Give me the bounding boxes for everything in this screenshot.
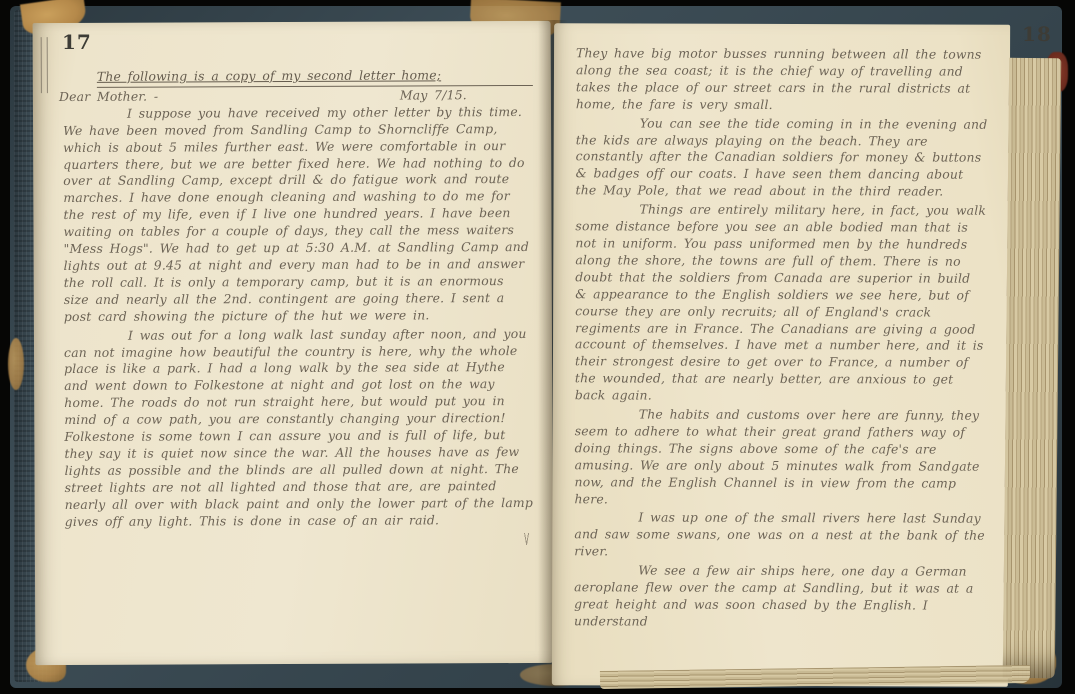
handwritten-paragraph: I suppose you have received my other let…: [63, 104, 534, 326]
letter-heading: The following is a copy of my second let…: [97, 67, 533, 88]
handwritten-paragraph: I was up one of the small rivers here la…: [574, 510, 986, 562]
letter-date: May 7/15.: [400, 87, 467, 104]
handwritten-paragraph: I was out for a long walk last sunday af…: [64, 326, 535, 531]
stacked-page-edges-right: [1003, 58, 1061, 679]
pen-margin-mark: [41, 37, 48, 93]
handwritten-paragraph: They have big motor busses running betwe…: [576, 45, 988, 114]
handwritten-paragraph: You can see the tide coming in in the ev…: [576, 115, 988, 201]
page-number-17: 17: [62, 30, 92, 54]
salutation-row: Dear Mother. - May 7/15.: [63, 87, 533, 106]
right-page-handwriting: They have big motor busses running betwe…: [574, 45, 988, 631]
worn-spot-left-edge: [8, 338, 24, 390]
diary-photo: The following is a copy of my second let…: [0, 0, 1075, 694]
left-page-handwriting: The following is a copy of my second let…: [63, 67, 535, 531]
pencil-margin-mark: [521, 533, 531, 545]
handwritten-paragraph: Things are entirely military here, in fa…: [575, 201, 988, 405]
diary-left-page: The following is a copy of my second let…: [33, 21, 554, 665]
page-number-18: 18: [1022, 22, 1052, 46]
handwritten-paragraph: We see a few air ships here, one day a G…: [574, 562, 986, 631]
diary-right-page: They have big motor busses running betwe…: [552, 23, 1010, 687]
handwritten-paragraph: The habits and customs over here are fun…: [574, 406, 986, 509]
letter-salutation: Dear Mother. -: [59, 88, 158, 105]
